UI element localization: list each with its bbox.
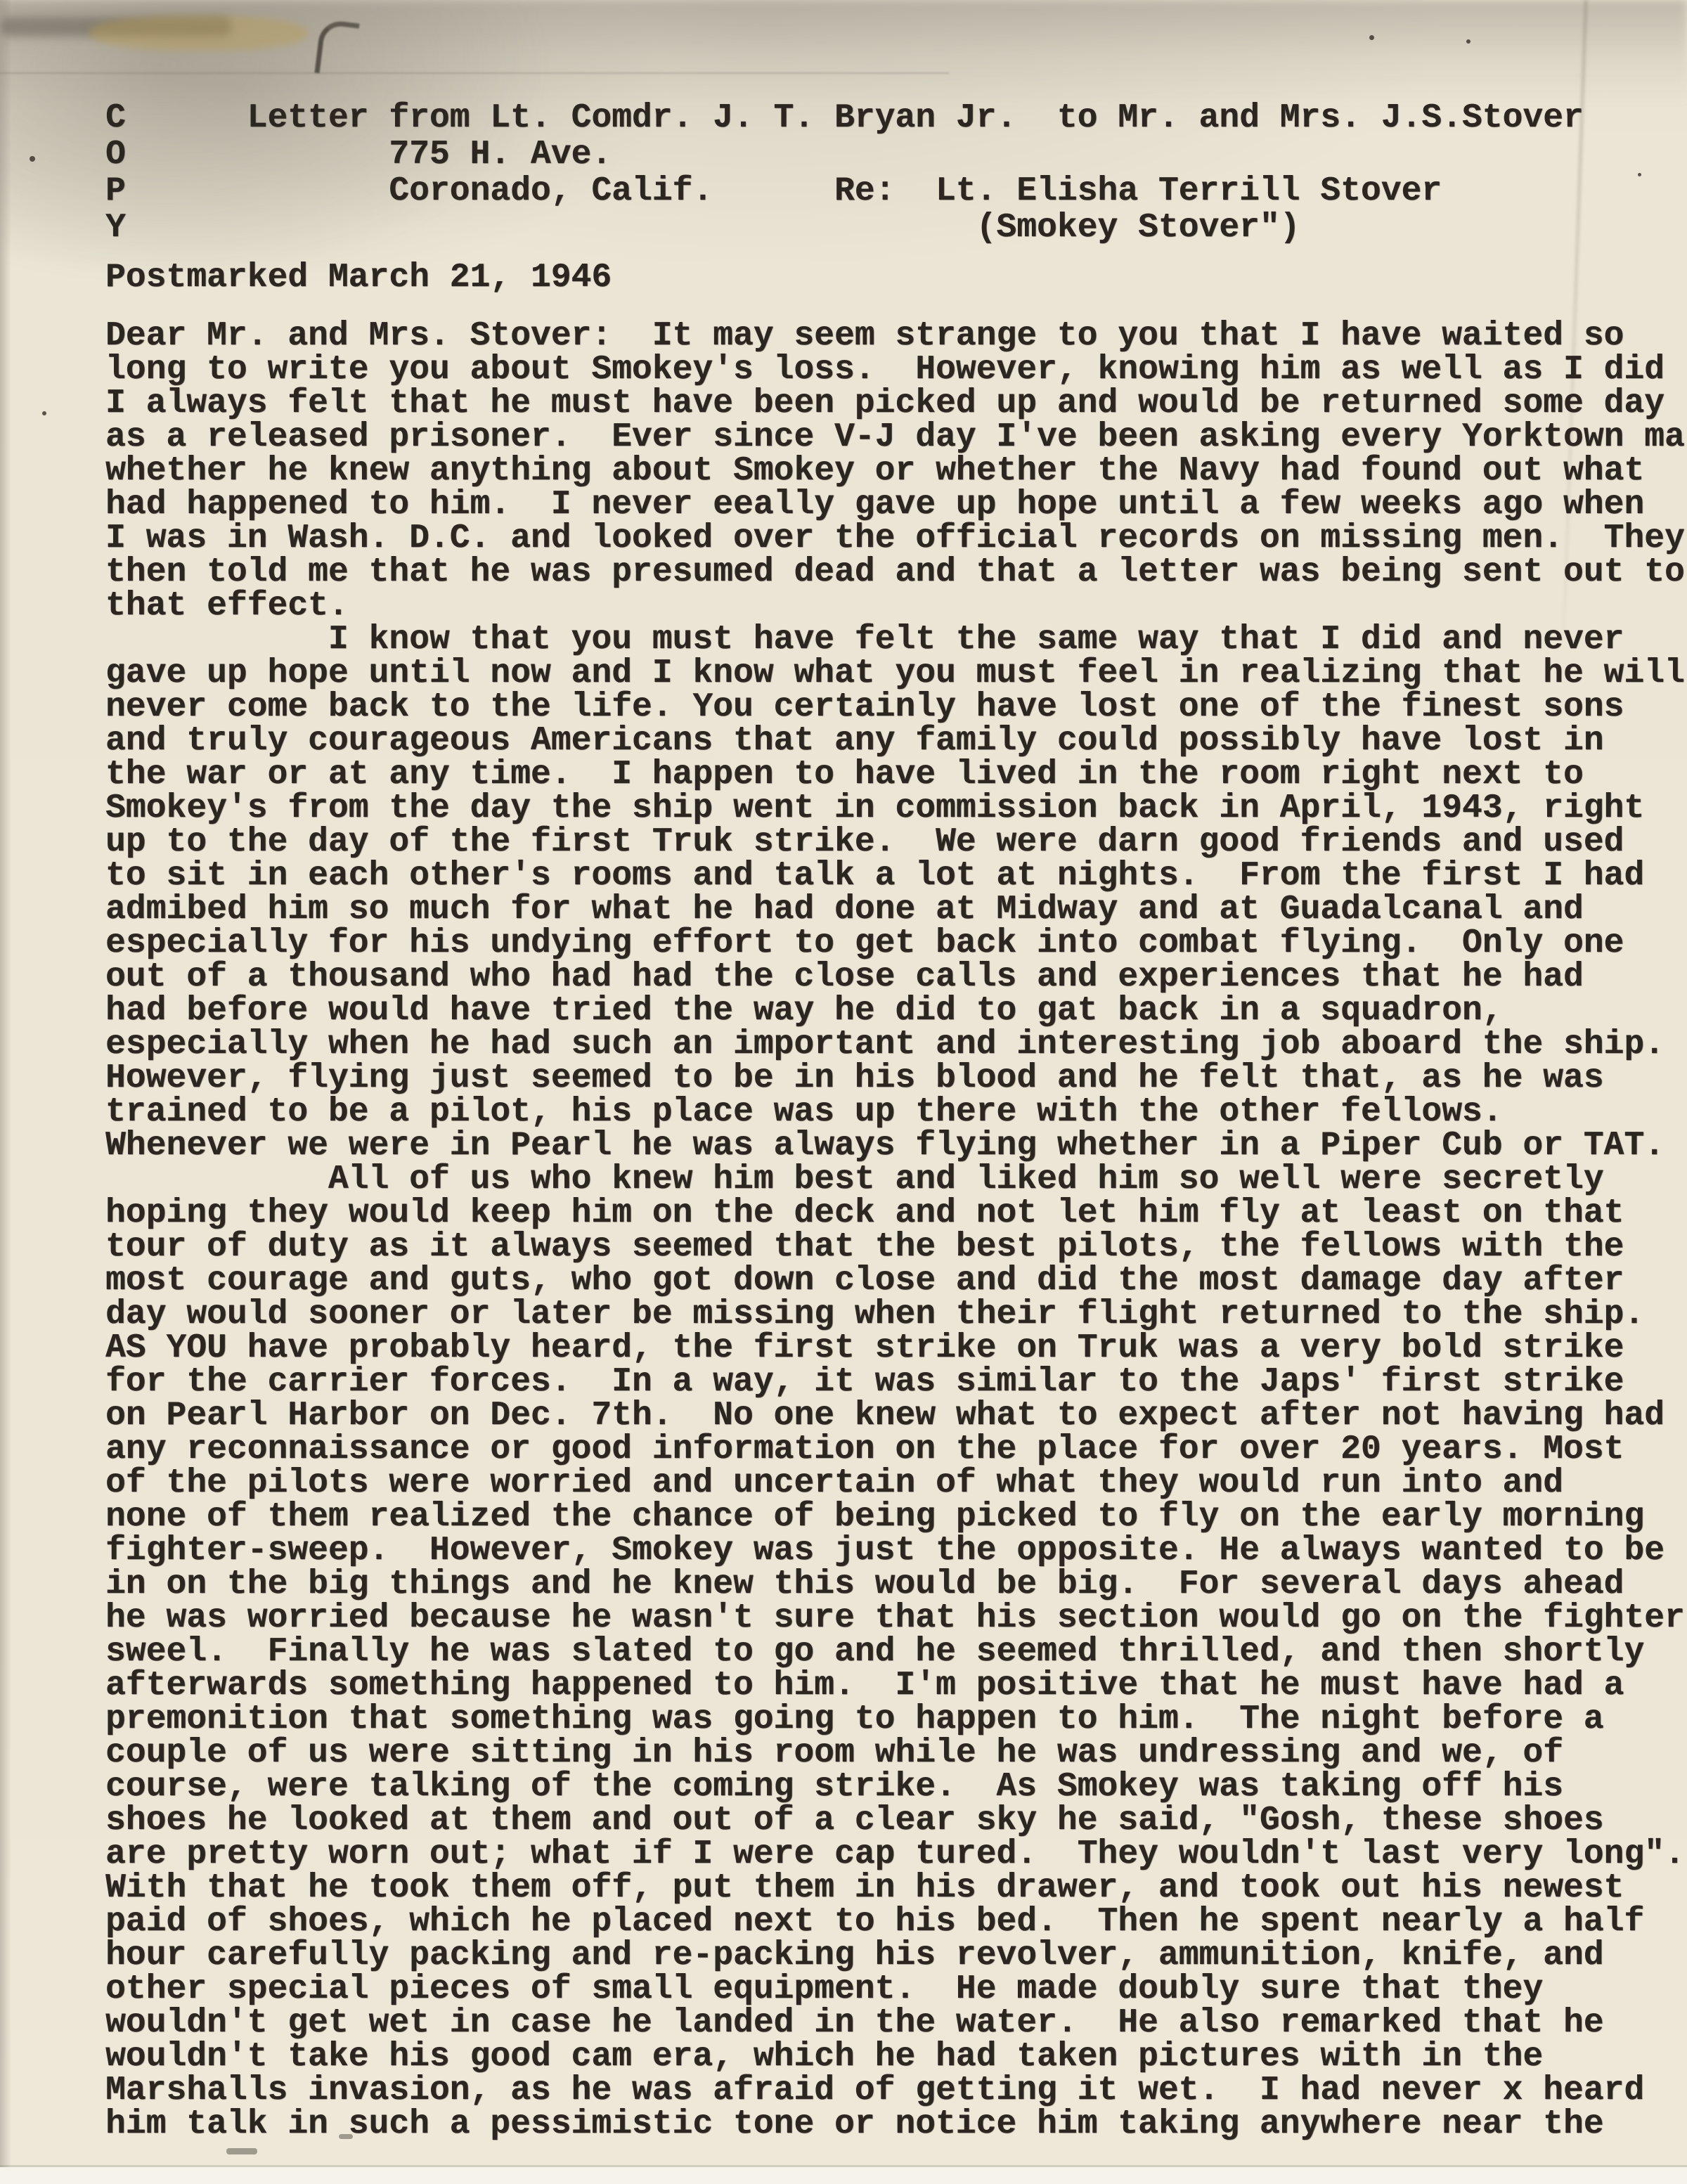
letter-body-text: Dear Mr. and Mrs. Stover: It may seem st… bbox=[105, 319, 1687, 2141]
scan-bottom-strip bbox=[0, 2167, 1687, 2184]
pen-mark bbox=[315, 19, 360, 77]
postmark-line: Postmarked March 21, 1946 bbox=[105, 261, 612, 295]
ink-speck bbox=[42, 411, 46, 415]
letter-header-copy-block: C Letter from Lt. Comdr. J. T. Bryan Jr.… bbox=[105, 100, 1584, 246]
ink-speck bbox=[1466, 39, 1471, 44]
scan-bottom-line bbox=[0, 2165, 1687, 2167]
tape-stain bbox=[90, 15, 308, 51]
fold-crease bbox=[0, 72, 949, 74]
scan-smudge-band bbox=[0, 0, 1687, 105]
pencil-dash bbox=[226, 2148, 257, 2154]
scan-dark-streak bbox=[0, 17, 232, 37]
ink-speck bbox=[30, 156, 35, 162]
ink-speck bbox=[1369, 35, 1374, 40]
letter-page: C Letter from Lt. Comdr. J. T. Bryan Jr.… bbox=[0, 0, 1687, 2184]
scan-edge-shadow bbox=[0, 0, 11, 2184]
ink-speck bbox=[1638, 173, 1641, 176]
